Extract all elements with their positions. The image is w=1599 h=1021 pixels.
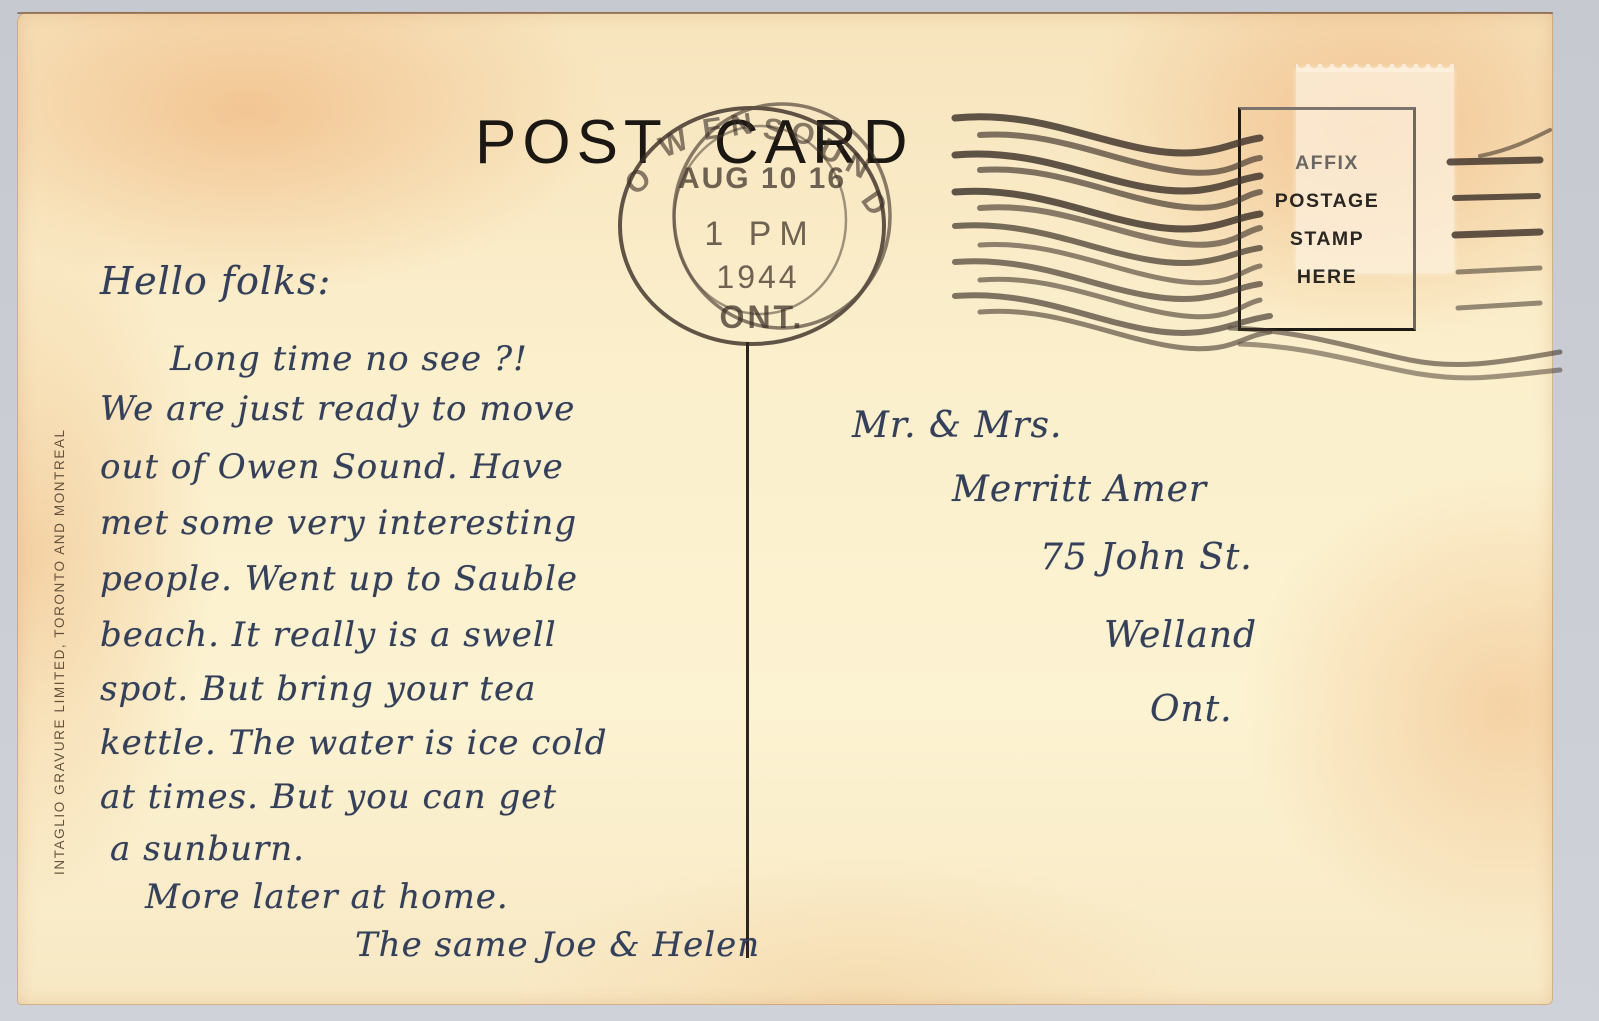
stamp-box-line: STAMP [1241, 228, 1413, 251]
message-line: out of Owen Sound. Have [100, 450, 564, 484]
message-line: at times. But you can get [100, 780, 557, 814]
message-greeting: Hello folks: [100, 262, 331, 300]
center-divider [746, 342, 749, 958]
card-edge [17, 12, 1553, 14]
message-line: kettle. The water is ice cold [100, 726, 608, 760]
stamp-box-line: POSTAGE [1241, 190, 1413, 213]
stamp-box-line: HERE [1241, 266, 1413, 289]
message-line: We are just ready to move [100, 392, 575, 426]
message-line: a sunburn. [110, 832, 305, 866]
address-line: 75 John St. [1040, 540, 1253, 576]
heading-post: POST [475, 108, 668, 177]
heading-card: CARD [714, 108, 914, 177]
post-card-heading: POSTCARD [475, 112, 914, 174]
printer-imprint: INTAGLIO GRAVURE LIMITED, TORONTO AND MO… [52, 428, 67, 875]
address-line: Merritt Amer [952, 472, 1207, 508]
message-line: beach. It really is a swell [100, 618, 557, 652]
message-line: spot. But bring your tea [100, 672, 536, 706]
address-line: Ont. [1150, 692, 1233, 728]
scene-background: INTAGLIO GRAVURE LIMITED, TORONTO AND MO… [0, 0, 1599, 1021]
message-line: Long time no see ?! [170, 342, 528, 376]
stamp-box: AFFIX POSTAGE STAMP HERE [1238, 107, 1416, 331]
address-line: Mr. & Mrs. [852, 408, 1062, 444]
message-line: More later at home. [145, 880, 509, 914]
message-signature: The same Joe & Helen [355, 928, 760, 962]
address-line: Welland [1104, 618, 1257, 654]
message-line: met some very interesting [100, 506, 577, 540]
stamp-box-line: AFFIX [1241, 152, 1413, 175]
message-line: people. Went up to Sauble [100, 562, 578, 596]
